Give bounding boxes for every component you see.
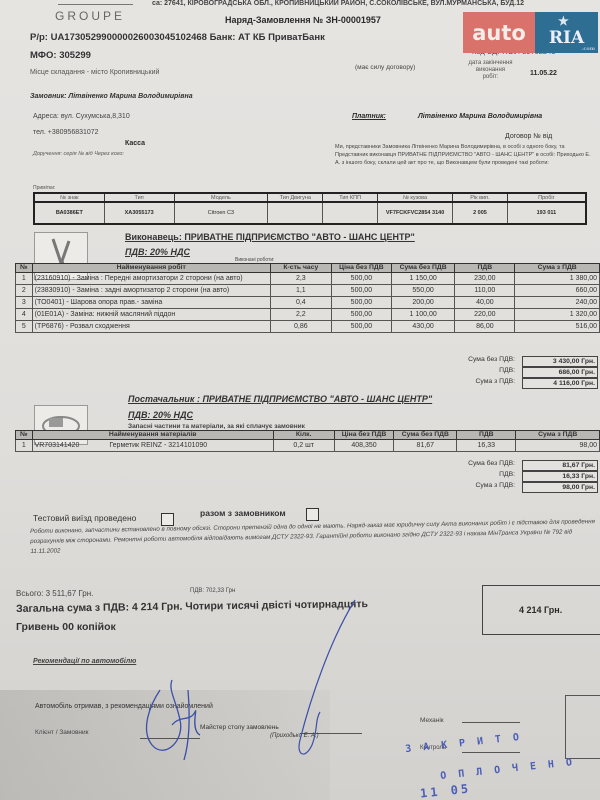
grand-total-words-end: Гривень 00 копійок — [16, 621, 116, 633]
company-brand: GROUPE — [55, 9, 125, 23]
completion-date-label: дата закінчення виконання робіт: — [468, 60, 513, 81]
work-row: 3(TO0401) - Шарова опора прав.- заміна0,… — [16, 297, 600, 309]
vehicle-cell: ХА3055173 — [104, 202, 174, 224]
paid-stamp-date: 11 05 — [419, 781, 471, 800]
total-label: Сума без ПДВ: — [405, 460, 515, 467]
work-hours: 0,86 — [270, 321, 331, 333]
contract-number: Договор № від — [505, 133, 552, 140]
work-sum: 430,00 — [391, 321, 455, 333]
work-vat: 86,00 — [455, 321, 515, 333]
total-label: Сума з ПДВ: — [405, 378, 515, 385]
control-signature-line — [462, 752, 520, 753]
master-name: (Приходько Е. А.) — [270, 733, 319, 739]
work-total: 660,00 — [515, 285, 600, 297]
total-vat: ПДВ: 702,33 Грн — [190, 588, 235, 594]
part-row: 1VR703141420Герметик REINZ - 32141010900… — [16, 440, 600, 452]
parts-vat-rate: ПДВ: 20% НДС — [128, 410, 193, 420]
payer-name: Літвіненко Марина Володимирівна — [418, 113, 542, 120]
row-number: 3 — [16, 297, 33, 309]
watermark-suffix: .com — [582, 46, 595, 52]
contractor-title: Виконавець: ПРИВАТНЕ ПІДПРИЄМСТВО "АВТО … — [125, 232, 415, 242]
watermark-ria-text: RIA — [549, 28, 584, 48]
customer-phone: тел. +380956831072 — [33, 129, 99, 136]
place-of-issue: Місце складання - місто Кропивницький — [30, 69, 159, 76]
star-icon: ★ — [558, 14, 569, 28]
work-price: 500,00 — [331, 309, 391, 321]
side-box — [565, 695, 600, 759]
work-name: (TP6876) - Розвал сходження — [32, 321, 270, 333]
vehicle-cell: ВА0386ЕТ — [34, 202, 104, 224]
watermark-ria: ★ RIA .com — [535, 12, 598, 53]
work-name: (23830910) - Заміна : задні амортизатор … — [32, 285, 270, 297]
work-sum: 550,00 — [391, 285, 455, 297]
row-number: 2 — [16, 285, 33, 297]
row-number: 1 — [16, 273, 33, 285]
payer-label: Платник: — [352, 113, 386, 120]
part-price: 408,350 — [334, 440, 394, 452]
part-total: 98,00 — [516, 440, 600, 452]
order-title: Наряд-Замовлення № ЗН-00001957 — [225, 15, 381, 25]
column-header: Кілк. — [273, 431, 334, 440]
work-sum: 200,00 — [391, 297, 455, 309]
received-statement: Автомобіль отримав, з рекомендаціями озн… — [35, 703, 213, 710]
client-signature-line — [140, 738, 200, 739]
vehicle-header-cell: Тип Двигуна — [268, 193, 323, 202]
total-value: 98,00 Грн. — [522, 482, 598, 493]
contract-power-note: (має силу договору) — [355, 64, 415, 71]
work-total: 516,00 — [515, 321, 600, 333]
column-header: Сума без ПДВ — [391, 264, 455, 273]
column-header: Ціна без ПДВ — [334, 431, 394, 440]
company-address: са: 27641, КІРОВОГРАДСЬКА ОБЛ., КРОПИВНИ… — [152, 0, 524, 7]
with-customer-label: разом з замовником — [200, 508, 286, 518]
work-price: 500,00 — [331, 285, 391, 297]
vehicle-header-cell: Рік вип. — [453, 193, 508, 202]
grand-total-amount: 4 214 Грн. — [519, 605, 562, 615]
work-name: (TO0401) - Шарова опора прав.- заміна — [32, 297, 270, 309]
bank-mfo: МФО: 305299 — [30, 50, 91, 61]
column-header: Сума з ПДВ — [516, 431, 600, 440]
total-value: 4 116,00 Грн. — [522, 378, 598, 389]
work-row: 1(23160910) - Заміна : Передні амортизат… — [16, 273, 600, 285]
part-title: Герметик REINZ - 3214101090 — [109, 442, 207, 449]
bank-account: Р/р: UA173052990000026003045102468 Банк:… — [30, 32, 325, 43]
work-price: 500,00 — [331, 321, 391, 333]
parts-table: №Найменування матеріалівКілк.Ціна без ПД… — [15, 430, 600, 452]
client-signature-label: Клієнт / Замовник — [35, 729, 88, 736]
work-vat: 220,00 — [455, 309, 515, 321]
parts-caption: Запасні частини та матеріали, за які спл… — [128, 423, 305, 430]
vehicle-header-cell: Тип — [104, 193, 174, 202]
total-label: Сума з ПДВ: — [405, 482, 515, 489]
work-hours: 1,1 — [270, 285, 331, 297]
vehicle-header-cell: № кузова — [378, 193, 453, 202]
vehicle-header-cell: Пробіг — [507, 193, 586, 202]
works-table: №Найменування робітК-сть часуЦіна без ПД… — [15, 263, 600, 333]
work-sum: 1 150,00 — [391, 273, 455, 285]
test-drive-label: Тестовий виїзд проведено — [33, 513, 136, 523]
power-of-attorney: Доручення: серія № від Через кого: — [33, 151, 124, 157]
vehicle-header-cell: № знак — [34, 193, 104, 202]
column-header: № — [16, 431, 33, 440]
work-total: 240,00 — [515, 297, 600, 309]
mechanic-signature-line — [462, 722, 520, 723]
work-price: 500,00 — [331, 297, 391, 309]
legal-statement: Роботи виконано, запчастини встановлено … — [30, 517, 600, 557]
total-value: 3 430,00 Грн. — [522, 356, 598, 367]
notes-label: Примітки: — [33, 185, 55, 191]
column-header: Сума без ПДВ — [394, 431, 457, 440]
work-name: (23160910) - Заміна : Передні амортизато… — [32, 273, 270, 285]
work-hours: 0,4 — [270, 297, 331, 309]
vehicle-header-cell: Тип КПП — [323, 193, 378, 202]
part-sum: 81,67 — [394, 440, 457, 452]
recommendations-heading: Рекомендації по автомобілю — [33, 658, 136, 665]
column-header: Найменування матеріалів — [32, 431, 273, 440]
work-order-document: GROUPE са: 27641, КІРОВОГРАДСЬКА ОБЛ., К… — [0, 0, 600, 800]
row-number: 5 — [16, 321, 33, 333]
vehicle-cell: 2 005 — [453, 202, 508, 224]
work-vat: 40,00 — [455, 297, 515, 309]
customer-name: Замовник: Літвіненко Марина Володимирівн… — [30, 93, 193, 100]
autoria-watermark: auto ★ RIA .com — [463, 12, 598, 53]
work-row: 2(23830910) - Заміна : задні амортизатор… — [16, 285, 600, 297]
column-header: Найменування робіт — [32, 264, 270, 273]
total-label: ПДВ: — [405, 471, 515, 478]
vehicle-header-cell: Модель — [174, 193, 268, 202]
with-customer-checkbox[interactable] — [306, 508, 319, 521]
work-name: (01E01A) - Заміна: нижній масляний піддо… — [32, 309, 270, 321]
work-vat: 230,00 — [455, 273, 515, 285]
vehicle-cell — [323, 202, 378, 224]
row-number: 1 — [16, 440, 33, 452]
mechanic-label: Механік — [420, 717, 444, 724]
part-name: VR703141420Герметик REINZ - 3214101090 — [32, 440, 273, 452]
column-header: К-сть часу — [270, 264, 331, 273]
vehicle-cell — [268, 202, 323, 224]
part-code: VR703141420 — [35, 442, 80, 449]
total-value: 686,00 Грн. — [522, 367, 598, 378]
work-row: 4(01E01A) - Заміна: нижній масляний підд… — [16, 309, 600, 321]
total-label: ПДВ: — [405, 367, 515, 374]
work-vat: 110,00 — [455, 285, 515, 297]
supplier-title: Постачальник : ПРИВАТНЕ ПІДПРИЄМСТВО "АВ… — [128, 394, 432, 404]
work-sum: 1 100,00 — [391, 309, 455, 321]
work-hours: 2,3 — [270, 273, 331, 285]
watermark-auto: auto — [463, 12, 535, 53]
vehicle-cell: VF7FCKFVC2854 3140 — [378, 202, 453, 224]
column-header: № — [16, 264, 33, 273]
column-header: ПДВ — [457, 431, 516, 440]
vehicle-cell: Citroen C3 — [174, 202, 268, 224]
column-header: Ціна без ПДВ — [331, 264, 391, 273]
work-price: 500,00 — [331, 273, 391, 285]
work-row: 5(TP6876) - Розвал сходження0,86500,0043… — [16, 321, 600, 333]
works-vat-rate: ПДВ: 20% НДС — [125, 247, 190, 257]
total-without-vat: Всього: 3 511,67 Грн. — [16, 589, 93, 598]
grand-total-line: Загальна сума з ПДВ: 4 214 Грн. Чотири т… — [16, 598, 368, 615]
kassa-label: Касса — [125, 140, 145, 147]
total-value: 16,33 Грн. — [522, 471, 598, 482]
master-signature-label: Майстер столу замовлень — [200, 724, 279, 731]
paid-stamp-line-2: О П Л О Ч Е Н О — [440, 757, 576, 782]
part-vat: 16,33 — [457, 440, 516, 452]
row-number: 4 — [16, 309, 33, 321]
total-value: 81,67 Грн. — [522, 460, 598, 471]
vehicle-cell: 193 011 — [507, 202, 586, 224]
part-qty: 0,2 шт — [273, 440, 334, 452]
work-hours: 2,2 — [270, 309, 331, 321]
customer-address: Адреса: вул. Сухумська,8,310 — [33, 113, 130, 120]
work-total: 1 320,00 — [515, 309, 600, 321]
completion-date: 11.05.22 — [530, 70, 557, 77]
contract-intro: Ми, представники Замовника Літвіненко Ма… — [335, 143, 597, 167]
logo-rule — [58, 4, 133, 5]
grand-total-box: 4 214 Грн. — [482, 585, 600, 635]
column-header: ПДВ — [455, 264, 515, 273]
total-label: Сума без ПДВ: — [405, 356, 515, 363]
vehicle-table: № знакТипМодельТип ДвигунаТип КПП№ кузов… — [33, 192, 587, 225]
work-total: 1 380,00 — [515, 273, 600, 285]
column-header: Сума з ПДВ — [515, 264, 600, 273]
